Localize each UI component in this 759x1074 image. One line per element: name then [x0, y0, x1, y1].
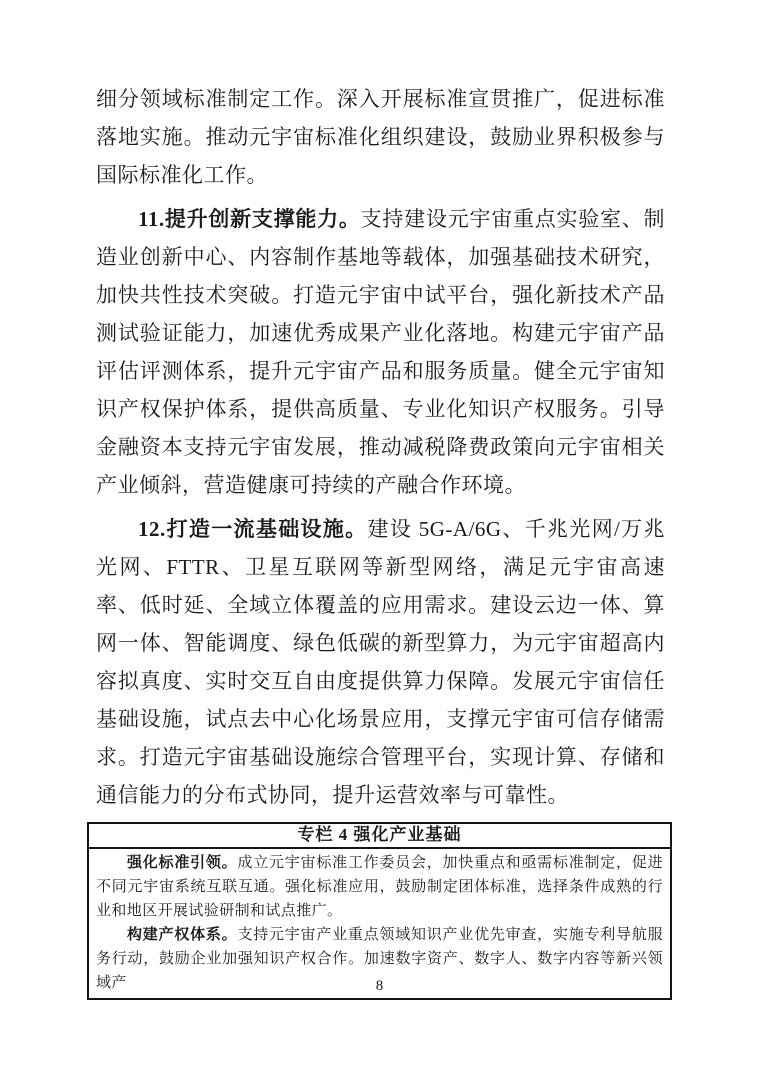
paragraph-12: 12.打造一流基础设施。建设 5G-A/6G、千兆光网/万兆光网、FTTR、卫星…	[96, 510, 665, 814]
callout-paragraph-lead: 强化标准引领。	[127, 855, 237, 871]
callout-paragraph-lead: 构建产权体系。	[127, 927, 237, 943]
paragraph-lead: 11.提升创新支撑能力。	[138, 207, 361, 231]
page-number: 8	[0, 976, 759, 996]
paragraph-text: 建设 5G-A/6G、千兆光网/万兆光网、FTTR、卫星互联网等新型网络，满足元…	[96, 517, 665, 807]
callout-box-title: 专栏 4 强化产业基础	[89, 824, 670, 849]
paragraph-text: 支持建设元宇宙重点实验室、制造业创新中心、内容制作基地等载体，加强基础技术研究，…	[96, 207, 665, 497]
paragraph-lead: 12.打造一流基础设施。	[138, 517, 368, 541]
document-page: 细分领域标准制定工作。深入开展标准宣贯推广，促进标准落地实施。推动元宇宙标准化组…	[0, 0, 759, 1074]
paragraph-continuation: 细分领域标准制定工作。深入开展标准宣贯推广，促进标准落地实施。推动元宇宙标准化组…	[96, 80, 665, 194]
callout-box: 专栏 4 强化产业基础 强化标准引领。成立元宇宙标准工作委员会，加快重点和亟需标…	[87, 822, 672, 1000]
callout-paragraph-standards: 强化标准引领。成立元宇宙标准工作委员会，加快重点和亟需标准制定，促进不同元宇宙系…	[96, 851, 663, 923]
document-content: 细分领域标准制定工作。深入开展标准宣贯推广，促进标准落地实施。推动元宇宙标准化组…	[96, 80, 665, 1000]
paragraph-11: 11.提升创新支撑能力。支持建设元宇宙重点实验室、制造业创新中心、内容制作基地等…	[96, 200, 665, 504]
paragraph-text: 细分领域标准制定工作。深入开展标准宣贯推广，促进标准落地实施。推动元宇宙标准化组…	[96, 87, 665, 187]
